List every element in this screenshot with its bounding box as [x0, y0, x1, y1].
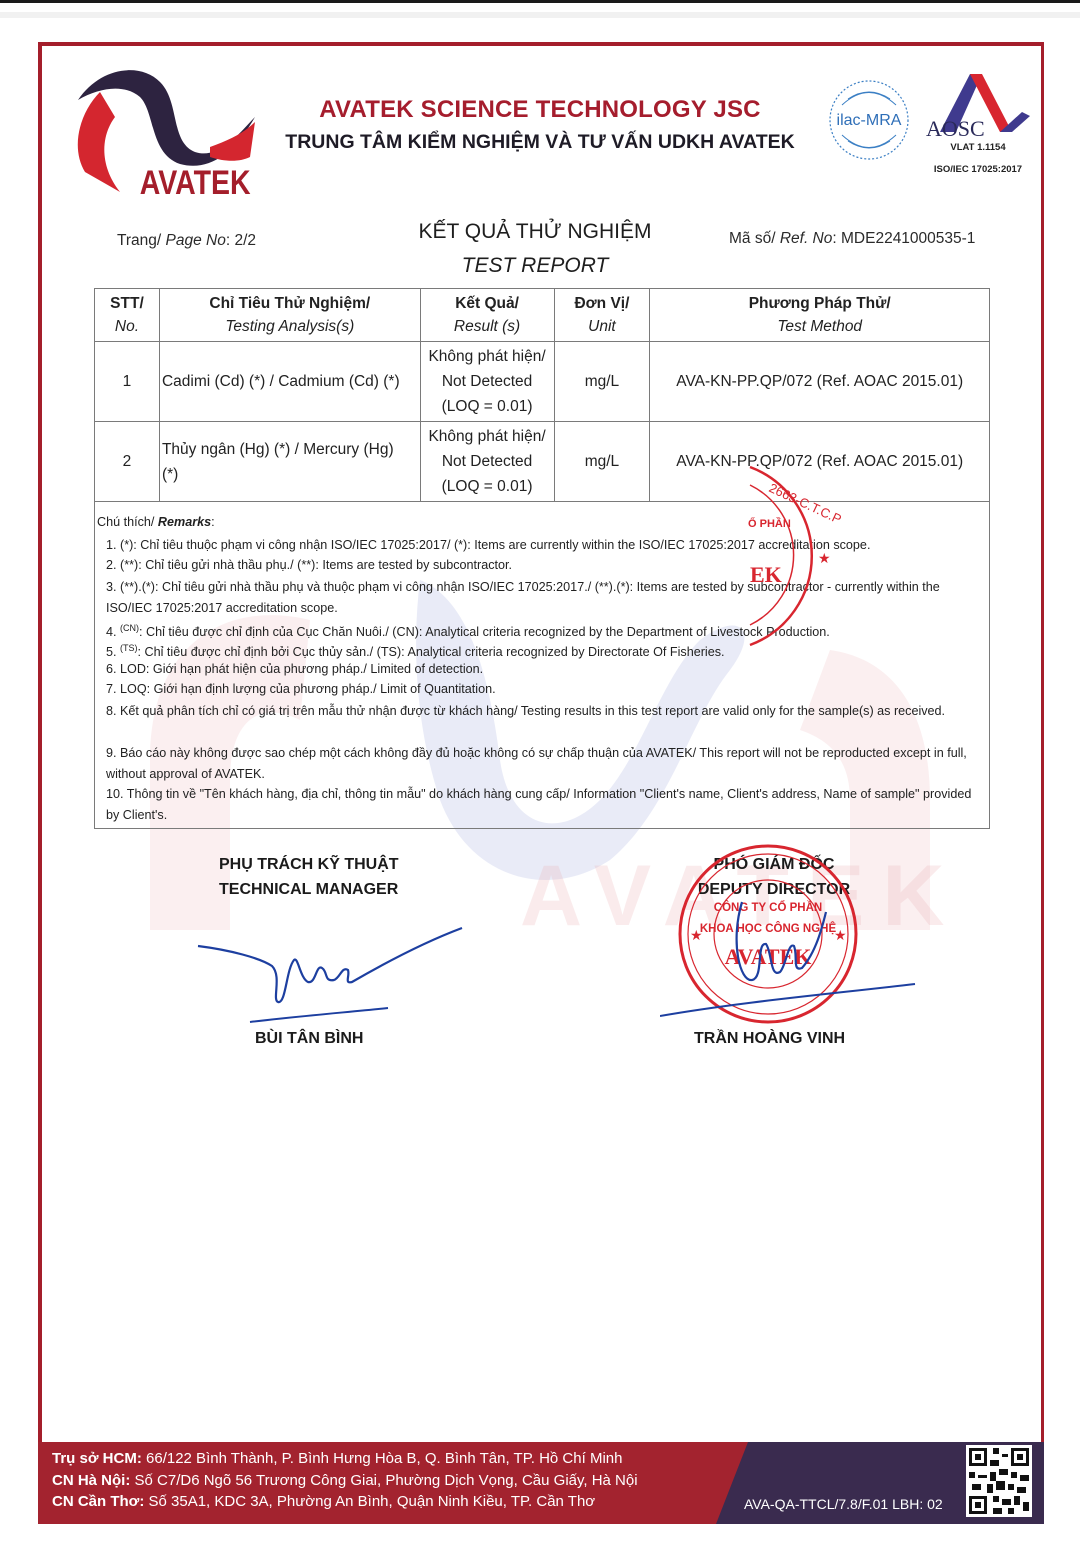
cell-result: Không phát hiện/Not Detected(LOQ = 0.01) [420, 422, 554, 502]
aosc-text: AOSC [926, 116, 1006, 142]
qr-code-icon [966, 1445, 1032, 1517]
report-title-vi: KẾT QUẢ THỬ NGHIỆM [380, 220, 690, 244]
avatek-logo: AVATEK [60, 62, 260, 202]
address-hcm: Trụ sở HCM: 66/122 Bình Thành, P. Bình H… [52, 1448, 638, 1470]
cell-unit: mg/L [554, 342, 650, 422]
cell-result: Không phát hiện/Not Detected(LOQ = 0.01) [420, 342, 554, 422]
page-number: Trang/ Page No: 2/2 [117, 232, 256, 250]
company-stamp-icon: CÔNG TY CỔ PHẦN KHOA HỌC CÔNG NGHỆ AVATE… [660, 832, 920, 1032]
svg-text:EK: EK [750, 562, 782, 587]
table-row: 1 Cadimi (Cd) (*) / Cadmium (Cd) (*) Khô… [95, 342, 990, 422]
company-name-vi: TRUNG TÂM KIỂM NGHIỆM VÀ TƯ VẤN UDKH AVA… [250, 131, 830, 154]
signature-technical-manager [190, 920, 470, 1030]
svg-text:ilac-MRA: ilac-MRA [837, 112, 902, 129]
remark-item: 10. Thông tin về "Tên khách hàng, địa ch… [106, 784, 976, 825]
deputy-director-name: TRẦN HOÀNG VINH [694, 1030, 845, 1048]
svg-text:KHOA HỌC CÔNG NGHỆ: KHOA HỌC CÔNG NGHỆ [700, 922, 837, 935]
svg-text:★: ★ [818, 550, 831, 566]
address-cantho: CN Cần Thơ: Số 35A1, KDC 3A, Phường An B… [52, 1491, 638, 1513]
reference-number: Mã số/ Ref. No: MDE2241000535-1 [729, 230, 975, 248]
cell-no: 2 [95, 422, 160, 502]
footer-addresses: Trụ sở HCM: 66/122 Bình Thành, P. Bình H… [52, 1448, 638, 1513]
header-no: STT/No. [95, 289, 160, 342]
technical-manager-name: BÙI TÂN BÌNH [255, 1030, 363, 1048]
logo-wordmark: AVATEK [140, 163, 251, 202]
svg-text:CÔNG TY CỔ PHẦN: CÔNG TY CỔ PHẦN [714, 901, 822, 914]
form-code: AVA-QA-TTCL/7.8/F.01 LBH: 02 [744, 1496, 943, 1512]
cell-analysis: Cadimi (Cd) (*) / Cadmium (Cd) (*) [159, 342, 420, 422]
remark-item: 7. LOQ: Giới hạn định lượng của phương p… [106, 679, 976, 700]
address-hanoi: CN Hà Nội: Số C7/D6 Ngõ 56 Trương Công G… [52, 1470, 638, 1492]
remark-item: 6. LOD: Giới hạn phát hiện của phương ph… [106, 659, 976, 680]
top-edge-shadow [0, 12, 1080, 18]
cell-no: 1 [95, 342, 160, 422]
header-analysis: Chỉ Tiêu Thử Nghiệm/Testing Analysis(s) [159, 289, 420, 342]
report-title-en: TEST REPORT [380, 254, 690, 278]
aosc-iso: ISO/IEC 17025:2017 [926, 164, 1030, 175]
svg-text:★: ★ [690, 927, 703, 943]
header-result: Kết Quả/Result (s) [420, 289, 554, 342]
aosc-accreditation-mark: AOSC VLAT 1.1154 ISO/IEC 17025:2017 [926, 72, 1030, 182]
aosc-vlat: VLAT 1.1154 [936, 142, 1020, 153]
partial-stamp-icon: 2663-C.T.C.P Ổ PHẦN EK ★ [740, 455, 870, 655]
cell-analysis: Thủy ngân (Hg) (*) / Mercury (Hg) (*) [159, 422, 420, 502]
remarks-title: Chú thích/ Remarks: [97, 515, 215, 529]
header-method: Phương Pháp Thử/Test Method [650, 289, 990, 342]
technical-manager-role: PHỤ TRÁCH KỸ THUẬTTECHNICAL MANAGER [219, 852, 399, 902]
header-unit: Đơn Vị/Unit [554, 289, 650, 342]
company-name-en: AVATEK SCIENCE TECHNOLOGY JSC [250, 96, 830, 124]
top-edge-line [0, 0, 1080, 3]
ilac-mra-seal-icon: ilac-MRA [828, 75, 910, 165]
remark-item: 9. Báo cáo này không được sao chép một c… [106, 743, 976, 784]
table-header-row: STT/No. Chỉ Tiêu Thử Nghiệm/Testing Anal… [95, 289, 990, 342]
remark-item: 8. Kết quả phân tích chỉ có giá trị trên… [106, 701, 976, 722]
svg-text:★: ★ [834, 927, 847, 943]
cell-method: AVA-KN-PP.QP/072 (Ref. AOAC 2015.01) [650, 342, 990, 422]
cell-unit: mg/L [554, 422, 650, 502]
svg-text:Ổ PHẦN: Ổ PHẦN [748, 517, 791, 530]
